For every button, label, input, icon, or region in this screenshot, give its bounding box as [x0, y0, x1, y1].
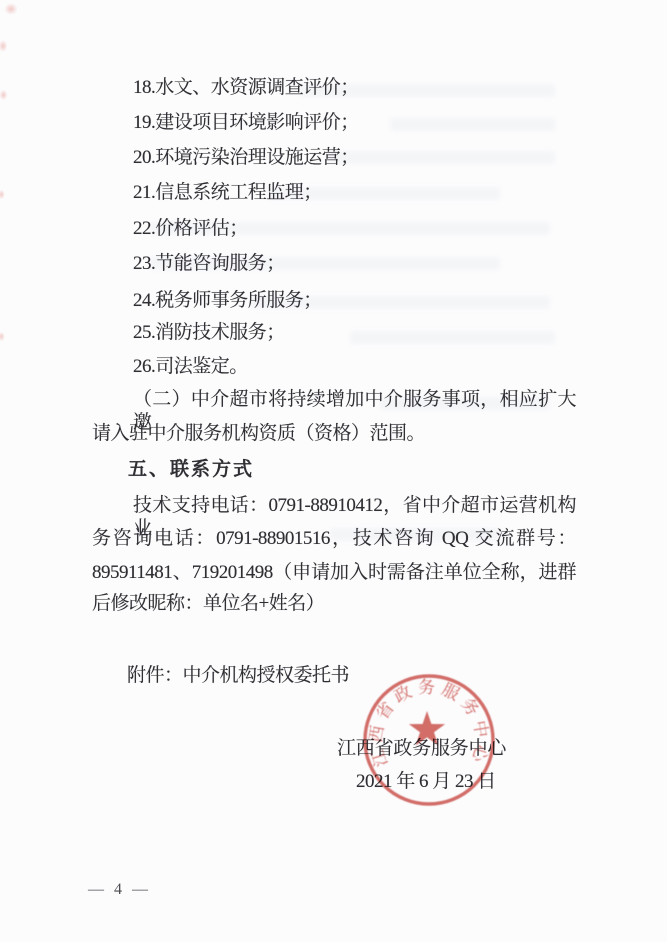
list-item-20: 20.环境污染治理设施运营； — [133, 146, 576, 169]
list-item-19: 19.建设项目环境影响评价； — [133, 111, 576, 134]
scan-artifact-red — [2, 1, 20, 17]
scan-artifact-red — [0, 38, 9, 54]
section-heading: 五、联系方式 — [128, 458, 612, 481]
list-item-25: 25.消防技术服务； — [133, 321, 576, 344]
page-number: — 4 — — [88, 881, 151, 899]
list-item-21: 21.信息系统工程监理； — [133, 181, 576, 204]
official-seal: 江西省政务服务中心 — [353, 658, 507, 818]
scan-artifact-red — [0, 330, 6, 343]
contact-line: 务咨询电话：0791-88901516，技术咨询 QQ 交流群号： — [92, 527, 576, 550]
list-item-23: 23.节能咨询服务； — [133, 252, 576, 275]
scanned-document-page: 18.水文、水资源调查评价； 19.建设项目环境影响评价； 20.环境污染治理设… — [0, 0, 667, 942]
paragraph-line: 请入驻中介服务机构资质（资格）范围。 — [92, 422, 576, 445]
list-item-18: 18.水文、水资源调查评价； — [133, 76, 576, 99]
contact-line: 895911481、719201498（申请加入时需备注单位全称，进群 — [92, 561, 576, 584]
scan-artifact-red — [0, 188, 6, 201]
list-item-22: 22.价格评估； — [133, 217, 576, 240]
list-item-24: 24.税务师事务所服务； — [133, 289, 576, 312]
contact-line: 后修改昵称：单位名+姓名） — [92, 592, 576, 615]
seal-star-icon — [409, 711, 445, 745]
list-item-26: 26.司法鉴定。 — [133, 355, 576, 378]
scan-artifact-red — [0, 88, 9, 102]
